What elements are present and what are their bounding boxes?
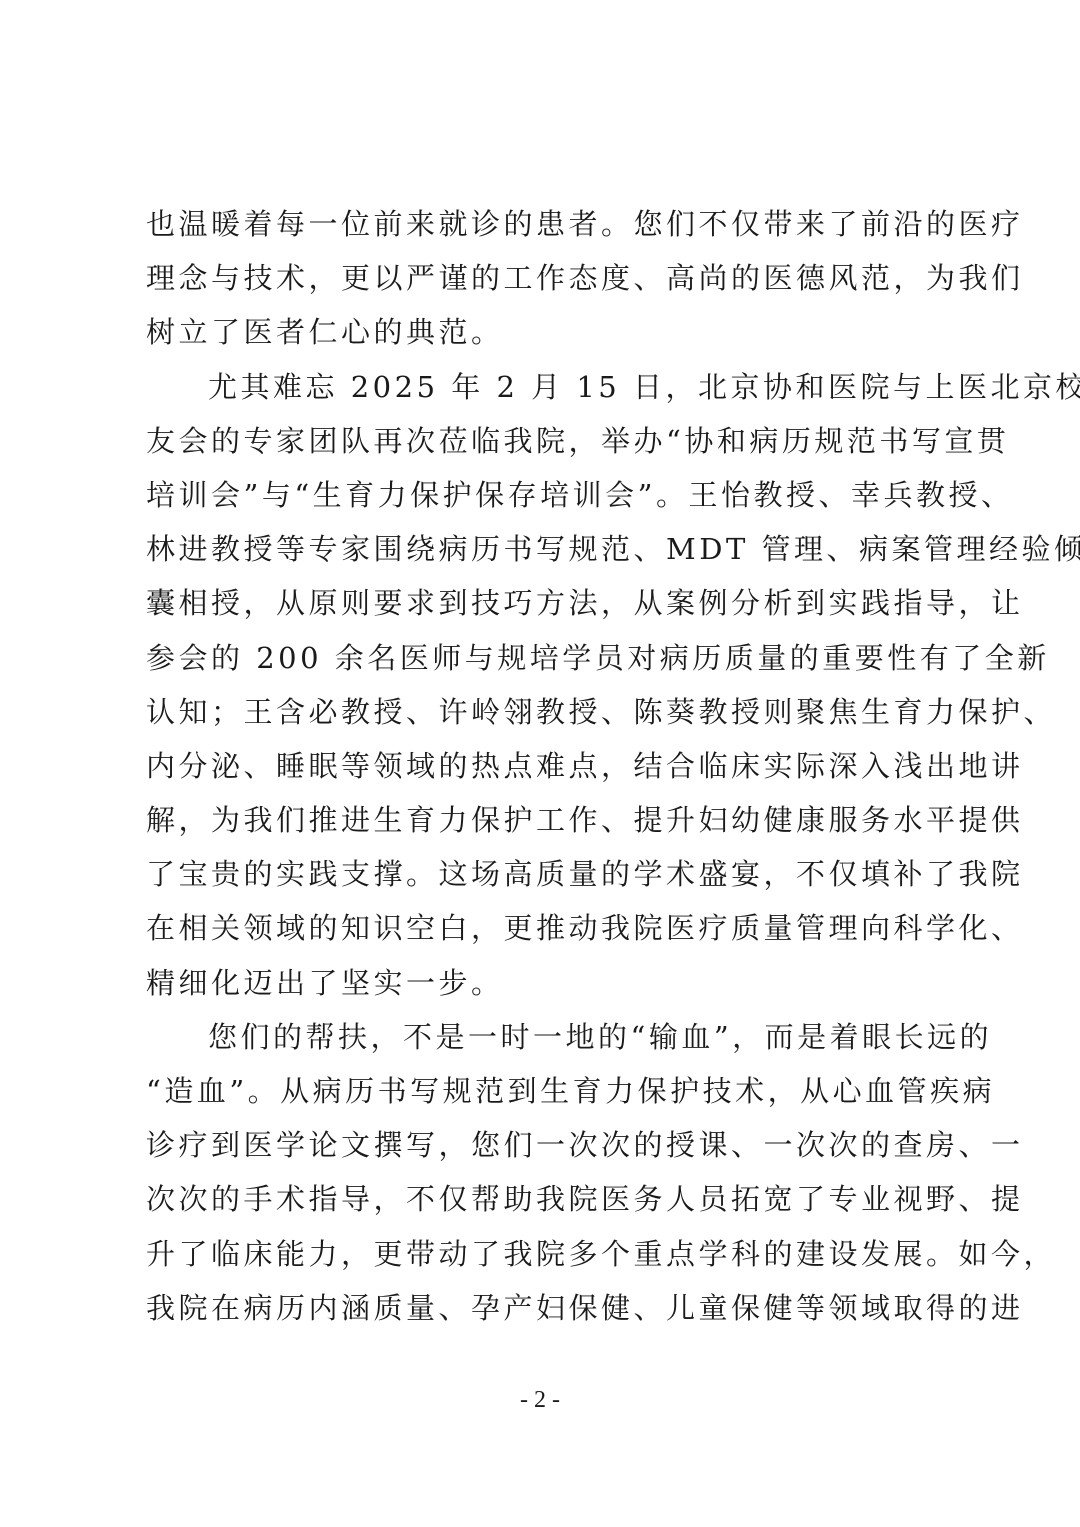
- text-line: 认知；王含必教授、许岭翎教授、陈葵教授则聚焦生育力保护、: [146, 685, 930, 739]
- text-line: 您们的帮扶，不是一时一地的“输血”，而是着眼长远的: [146, 1010, 930, 1064]
- text-line: “造血”。从病历书写规范到生育力保护技术，从心血管疾病: [146, 1064, 930, 1118]
- text-line: 培训会”与“生育力保护保存培训会”。王怡教授、幸兵教授、: [146, 468, 930, 522]
- text-line: 精细化迈出了坚实一步。: [146, 956, 930, 1010]
- text-line: 囊相授，从原则要求到技巧方法，从案例分析到实践指导，让: [146, 576, 930, 630]
- text-line: 内分泌、睡眠等领域的热点难点，结合临床实际深入浅出地讲: [146, 739, 930, 793]
- text-line: 参会的 200 余名医师与规培学员对病历质量的重要性有了全新: [146, 631, 930, 685]
- text-line: 理念与技术，更以严谨的工作态度、高尚的医德风范，为我们: [146, 251, 930, 305]
- text-line: 了宝贵的实践支撑。这场高质量的学术盛宴，不仅填补了我院: [146, 847, 930, 901]
- document-page: 也温暖着每一位前来就诊的患者。您们不仅带来了前沿的医疗 理念与技术，更以严谨的工…: [0, 0, 1080, 1527]
- body-text: 也温暖着每一位前来就诊的患者。您们不仅带来了前沿的医疗 理念与技术，更以严谨的工…: [146, 197, 930, 1335]
- text-line: 也温暖着每一位前来就诊的患者。您们不仅带来了前沿的医疗: [146, 197, 930, 251]
- text-line: 友会的专家团队再次莅临我院，举办“协和病历规范书写宣贯: [146, 414, 930, 468]
- page-number: - 2 -: [0, 1380, 1080, 1420]
- text-line: 在相关领域的知识空白，更推动我院医疗质量管理向科学化、: [146, 901, 930, 955]
- text-line: 解，为我们推进生育力保护工作、提升妇幼健康服务水平提供: [146, 793, 930, 847]
- text-line: 次次的手术指导，不仅帮助我院医务人员拓宽了专业视野、提: [146, 1172, 930, 1226]
- text-line: 树立了医者仁心的典范。: [146, 305, 930, 359]
- text-line: 升了临床能力，更带动了我院多个重点学科的建设发展。如今，: [146, 1227, 930, 1281]
- text-line: 林进教授等专家围绕病历书写规范、MDT 管理、病案管理经验倾: [146, 522, 930, 576]
- text-line: 我院在病历内涵质量、孕产妇保健、儿童保健等领域取得的进: [146, 1281, 930, 1335]
- text-line: 诊疗到医学论文撰写，您们一次次的授课、一次次的查房、一: [146, 1118, 930, 1172]
- text-line: 尤其难忘 2025 年 2 月 15 日，北京协和医院与上医北京校: [146, 360, 930, 414]
